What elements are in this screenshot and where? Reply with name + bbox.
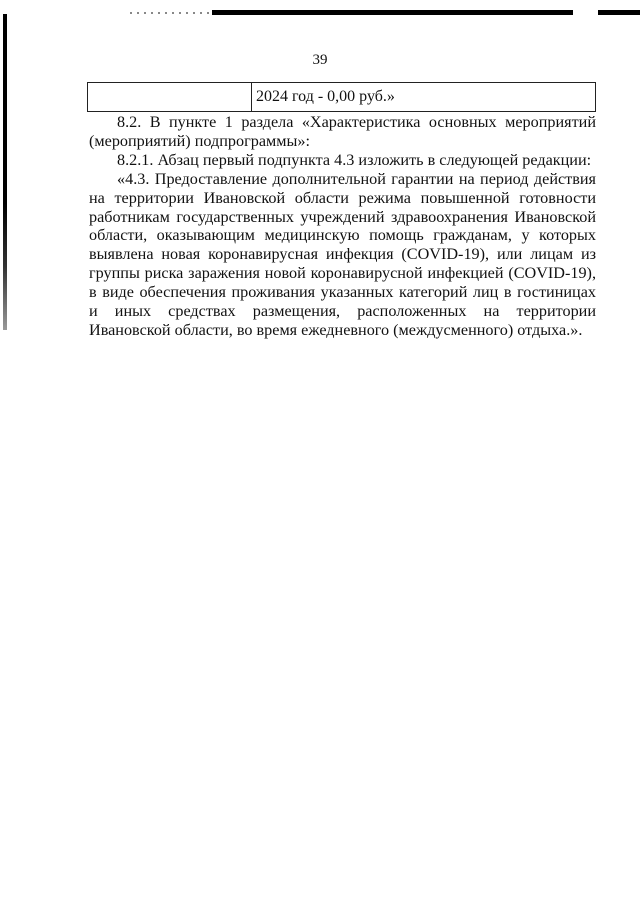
scan-edge-artifact-top-dots (130, 12, 210, 14)
document-body: 8.2. В пункте 1 раздела «Характеристика … (89, 113, 596, 340)
paragraph-8-2: 8.2. В пункте 1 раздела «Характеристика … (89, 113, 596, 151)
paragraph-4-3-quote: «4.3. Предоставление дополнительной гара… (89, 170, 596, 340)
scan-edge-artifact-gap (573, 10, 598, 15)
page-number: 39 (0, 52, 640, 69)
table-cell-left (88, 83, 252, 111)
paragraph-8-2-1: 8.2.1. Абзац первый подпункта 4.3 изложи… (89, 151, 596, 170)
table-cell-right: 2024 год - 0,00 руб.» (252, 83, 595, 111)
continuation-table-row: 2024 год - 0,00 руб.» (87, 82, 596, 112)
